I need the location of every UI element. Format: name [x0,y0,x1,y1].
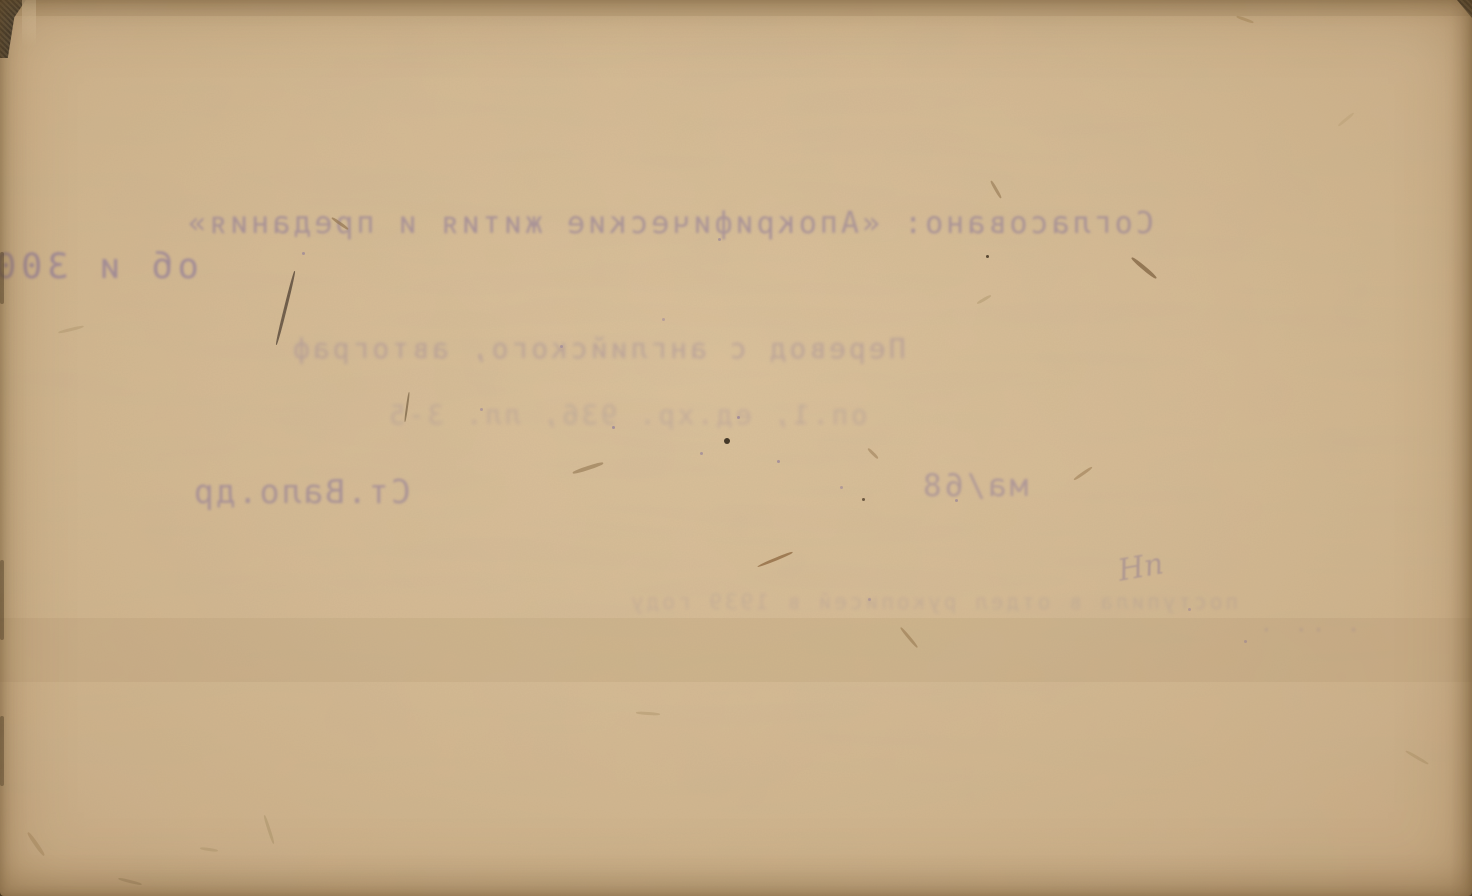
left-edge-shadow [0,560,4,640]
ink-speck [700,452,703,455]
dark-speck [986,255,989,258]
tonal-band-top [0,0,1472,16]
paper-fiber [572,461,604,475]
bleedthrough-stamp-fragment-right: ма/68 [920,468,1028,504]
paper-grain-texture [0,0,1472,896]
paper-fiber [1236,15,1254,24]
bleedthrough-line-4-fragment: оп.1, ед.хр. 936, лл. 3-5 [386,400,867,431]
bleedthrough-scribble-right: · ·· · [1256,616,1361,644]
paper-fiber [636,711,660,716]
paper-fiber [1130,256,1157,280]
paper-fiber [1073,466,1093,481]
scanned-paper-card: Согласовано: «Апокрифические жития и пре… [0,0,1472,896]
paper-fiber [1405,750,1429,766]
bleedthrough-line-3: Перевод с английского, автограф [290,332,906,365]
left-edge-shadow [0,716,4,786]
ink-speck [302,252,305,255]
scan-edge-vignette [0,0,1472,896]
paper-fiber [976,294,991,305]
scanner-mesh-corner-top-left [0,0,26,58]
paper-fiber [200,847,218,852]
paper-fiber [757,551,793,568]
bleedthrough-line-1: Согласовано: «Апокрифические жития и пре… [185,206,1154,241]
ink-speck [1244,640,1247,643]
tonal-band-right [1450,0,1472,896]
dark-speck [862,498,865,501]
bleedthrough-line-6: поступила в отдел рукописей в 1939 году [628,590,1238,614]
paper-fiber [867,447,879,459]
ink-speck [662,318,665,321]
paper-fold-strip-top-left [22,0,36,46]
dark-speck [724,438,730,444]
scanner-mesh-corner-top-right [1452,0,1472,18]
paper-fiber [899,627,918,649]
bleedthrough-line-2-fragment: об и 30097 [0,247,199,287]
handwritten-mark: Нп [1115,546,1166,588]
ink-speck [777,460,780,463]
bleedthrough-stamp-fragment-left: Ст.Вало.др [192,472,411,511]
paper-fiber [118,877,142,886]
paper-fiber [1337,112,1354,127]
tonal-band-middle [0,618,1472,682]
paper-fiber [990,180,1003,199]
paper-fiber [26,831,45,856]
paper-fiber [263,815,275,844]
ink-speck [840,486,843,489]
paper-fiber [58,325,84,334]
